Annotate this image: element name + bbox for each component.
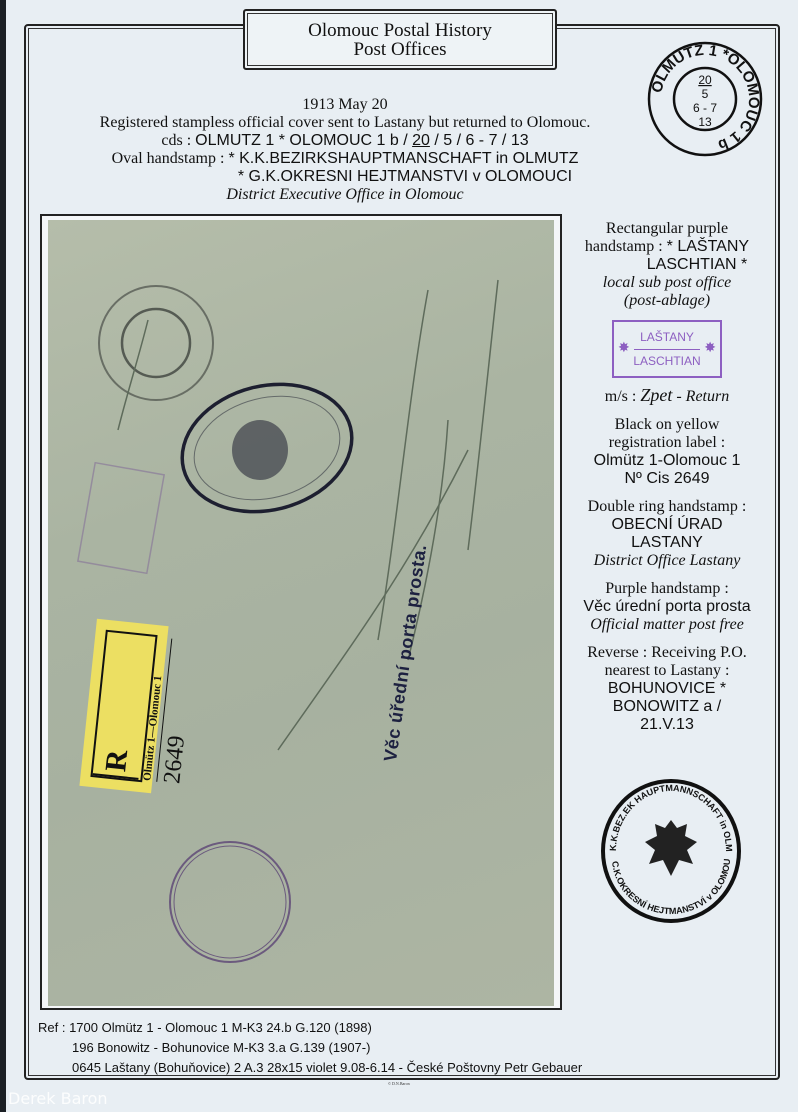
note-rect-name1: * LAŠTANY	[667, 238, 749, 255]
note-rev-line5: 21.V.13	[560, 716, 774, 734]
oval-translation: District Executive Office in Olomouc	[40, 186, 650, 204]
note-ring-line2: OBECNÍ ÚRAD	[560, 516, 774, 534]
stamp-line2: LASCHTIAN	[614, 354, 720, 368]
star-icon: ✸	[618, 340, 630, 354]
cds-label: cds :	[161, 132, 195, 149]
note-ring-line1: Double ring handstamp :	[560, 498, 774, 516]
note-rev-line4: BONOWITZ a /	[560, 698, 774, 716]
note-rev-line2: nearest to Lastany :	[560, 662, 774, 680]
page-subtitle: Post Offices	[245, 40, 555, 59]
note-purple-line3: Official matter post free	[560, 616, 774, 634]
note-rect-desc2: (post-ablage)	[560, 292, 774, 310]
stamp-divider	[634, 349, 700, 350]
ms-meaning: - Return	[672, 388, 729, 405]
cds-day: 20	[412, 132, 430, 149]
eagle-icon	[645, 820, 697, 876]
reference-1: Ref : 1700 Olmütz 1 - Olomouc 1 M-K3 24.…	[38, 1018, 582, 1038]
oval-handstamp-illustration: K.K.BEZ.EK HAUPTMANNSCHAFT in OLMÜTZ C.K…	[598, 778, 744, 924]
left-edge-shadow	[0, 0, 6, 1112]
ms-label: m/s :	[605, 388, 641, 405]
note-rect-title: Rectangular purple	[560, 220, 774, 238]
note-rect-desc1: local sub post office	[560, 274, 774, 292]
note-reg-line3: Olmütz 1-Olomouc 1	[560, 452, 774, 470]
cover-image	[48, 220, 554, 1006]
copyright-note: © D.N.Baron	[388, 1081, 410, 1086]
note-registration-label: Black on yellow registration label : Olm…	[560, 416, 774, 488]
note-reg-line4: Nº Cis 2649	[560, 470, 774, 488]
note-reg-line2: registration label :	[560, 434, 774, 452]
note-ring-line4: District Office Lastany	[560, 552, 774, 570]
page-title-box: Olomouc Postal History Post Offices	[243, 9, 557, 70]
note-rect-name2: LASCHTIAN *	[560, 256, 774, 274]
annotation-column: Rectangular purple handstamp : * LAŠTANY…	[560, 220, 774, 744]
cds-text-post: / 5 / 6 - 7 / 13	[430, 132, 529, 149]
reference-label: Ref :	[38, 1020, 69, 1035]
cover-date: 1913 May 20	[40, 96, 650, 114]
svg-text:20: 20	[698, 73, 712, 87]
ms-value: Zpet	[640, 385, 672, 405]
cover-summary: Registered stampless official cover sent…	[40, 114, 650, 132]
note-reg-line1: Black on yellow	[560, 416, 774, 434]
note-ring-line3: LASTANY	[560, 534, 774, 552]
note-reverse: Reverse : Receiving P.O. nearest to Last…	[560, 644, 774, 734]
reference-text-1: 1700 Olmütz 1 - Olomouc 1 M-K3 24.b G.12…	[69, 1020, 372, 1035]
lastany-stamp-illustration: LAŠTANY ✸ ✸ LASCHTIAN	[612, 320, 722, 378]
note-rev-line3: BOHUNOVICE *	[560, 680, 774, 698]
watermark: Derek Baron	[8, 1089, 108, 1108]
svg-text:13: 13	[698, 115, 712, 129]
oval-text-2: * G.K.OKRESNI HEJTMANSTVI v OLOMOUCI	[40, 168, 650, 186]
cds-line: cds : OLMUTZ 1 * OLOMOUC 1 b / 20 / 5 / …	[40, 132, 650, 150]
note-rect-label: handstamp :	[585, 238, 667, 255]
cover-markings-illustration	[48, 220, 554, 1006]
references: Ref : 1700 Olmütz 1 - Olomouc 1 M-K3 24.…	[38, 1018, 582, 1078]
cover-description: 1913 May 20 Registered stampless officia…	[40, 96, 650, 204]
cds-postmark-illustration: OLMÜTZ 1 *OLOMOUC 1 b 20 5 6 - 7 13	[646, 40, 764, 158]
note-purple-handstamp: Purple handstamp : Věc úrední porta pros…	[560, 580, 774, 634]
note-purple-line2: Věc úrední porta prosta	[560, 598, 774, 616]
svg-text:5: 5	[702, 87, 709, 101]
star-icon: ✸	[704, 340, 716, 354]
page-title: Olomouc Postal History	[245, 21, 555, 40]
note-double-ring: Double ring handstamp : OBECNÍ ÚRAD LAST…	[560, 498, 774, 570]
svg-text:6 - 7: 6 - 7	[693, 101, 717, 115]
reference-2: 196 Bonowitz - Bohunovice M-K3 3.a G.139…	[38, 1038, 582, 1058]
oval-line: Oval handstamp : * K.K.BEZIRKSHAUPTMANSC…	[40, 150, 650, 168]
note-rev-line1: Reverse : Receiving P.O.	[560, 644, 774, 662]
note-purple-line1: Purple handstamp :	[560, 580, 774, 598]
note-rectangular-handstamp: Rectangular purple handstamp : * LAŠTANY…	[560, 220, 774, 406]
note-rect-line: handstamp : * LAŠTANY	[560, 238, 774, 256]
oval-text-1: * K.K.BEZIRKSHAUPTMANSCHAFT in OLMUTZ	[228, 150, 578, 167]
cds-text-pre: OLMUTZ 1 * OLOMOUC 1 b /	[195, 132, 412, 149]
reference-3: 0645 Laštany (Bohuňovice) 2 A.3 28x15 vi…	[38, 1058, 582, 1078]
note-manuscript: m/s : Zpet - Return	[560, 386, 774, 406]
oval-label: Oval handstamp :	[112, 150, 229, 167]
